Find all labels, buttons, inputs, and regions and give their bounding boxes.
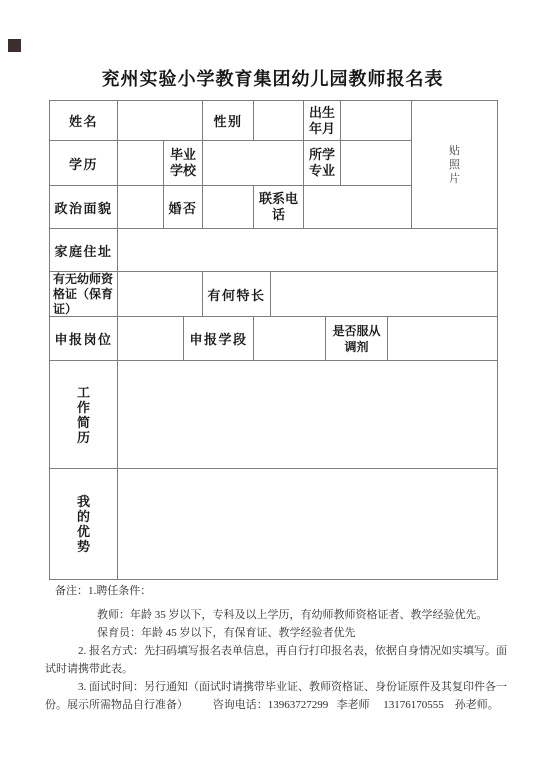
education-value-cell (118, 141, 164, 186)
notes-section: 备注：1.聘任条件： 教师：年龄 35 岁以下，专科及以上学历，有幼师教师资格证… (45, 582, 551, 714)
my-advantage-label: 我的优势 (50, 469, 118, 579)
note-interview-time-line1: 3. 面试时间：另行通知（面试时请携带毕业证、教师资格证、身份证原件及其复印件各… (78, 678, 551, 696)
address-value-cell (118, 229, 497, 272)
position-value-cell (118, 317, 184, 361)
address-label: 家庭住址 (50, 229, 118, 272)
work-resume-label: 工作简历 (50, 361, 118, 469)
phone-label: 联系电话 (254, 186, 304, 229)
gender-value-cell (254, 101, 304, 141)
application-form-table: 姓名 性别 出生年月 贴照片 学历 毕业学校 所学专业 政治面貌 婚否 联系电话… (49, 100, 498, 580)
note-registration-method-line2: 试时请携带此表。 (45, 660, 551, 678)
grad-school-label: 毕业学校 (164, 141, 203, 186)
marital-label: 婚否 (164, 186, 203, 229)
adjustment-value-cell (388, 317, 497, 361)
stage-label: 申报学段 (184, 317, 254, 361)
gender-label: 性别 (203, 101, 254, 141)
name-value-cell (118, 101, 203, 141)
birth-value-cell (341, 101, 412, 141)
application-form-page: 兖州实验小学教育集团幼儿园教师报名表 姓名 性别 出生年月 贴照片 学历 毕业学… (0, 0, 554, 783)
work-resume-label-text: 工作简历 (77, 385, 91, 445)
specialty-label: 有何特长 (203, 272, 271, 317)
adjustment-label: 是否服从调剂 (326, 317, 388, 361)
photo-label: 贴照片 (449, 144, 461, 186)
phone-value-cell (304, 186, 412, 229)
birth-label: 出生年月 (304, 101, 341, 141)
major-label: 所学专业 (304, 141, 341, 186)
specialty-value-cell (271, 272, 497, 317)
major-value-cell (341, 141, 412, 186)
note-caregiver-condition: 保育员：年龄 45 岁以下，有保育证、教学经验者优先 (97, 624, 551, 642)
corner-artifact-square (8, 39, 21, 52)
photo-box: 贴照片 (412, 101, 497, 229)
my-advantage-value-cell (118, 469, 497, 579)
form-title: 兖州实验小学教育集团幼儿园教师报名表 (49, 68, 496, 90)
note-registration-method-line1: 2. 报名方式：先扫码填写报名表单信息，再自行打印报名表，依据自身情况如实填写。… (78, 642, 551, 660)
political-status-value-cell (118, 186, 164, 229)
note-teacher-condition: 教师：年龄 35 岁以下，专科及以上学历，有幼师教师资格证者、教学经验优先。 (97, 606, 551, 624)
certificate-label: 有无幼师资格证（保育证） (50, 272, 118, 317)
grad-school-value-cell (203, 141, 304, 186)
education-label: 学历 (50, 141, 118, 186)
name-label: 姓名 (50, 101, 118, 141)
marital-value-cell (203, 186, 254, 229)
position-label: 申报岗位 (50, 317, 118, 361)
political-status-label: 政治面貌 (50, 186, 118, 229)
certificate-value-cell (118, 272, 203, 317)
work-resume-value-cell (118, 361, 497, 469)
note-interview-time-line2: 份。展示所需物品自行准备） 咨询电话：13963727299 李老师 13176… (45, 696, 551, 714)
note-remark-heading: 备注：1.聘任条件： (55, 582, 551, 600)
stage-value-cell (254, 317, 326, 361)
my-advantage-label-text: 我的优势 (77, 494, 91, 554)
